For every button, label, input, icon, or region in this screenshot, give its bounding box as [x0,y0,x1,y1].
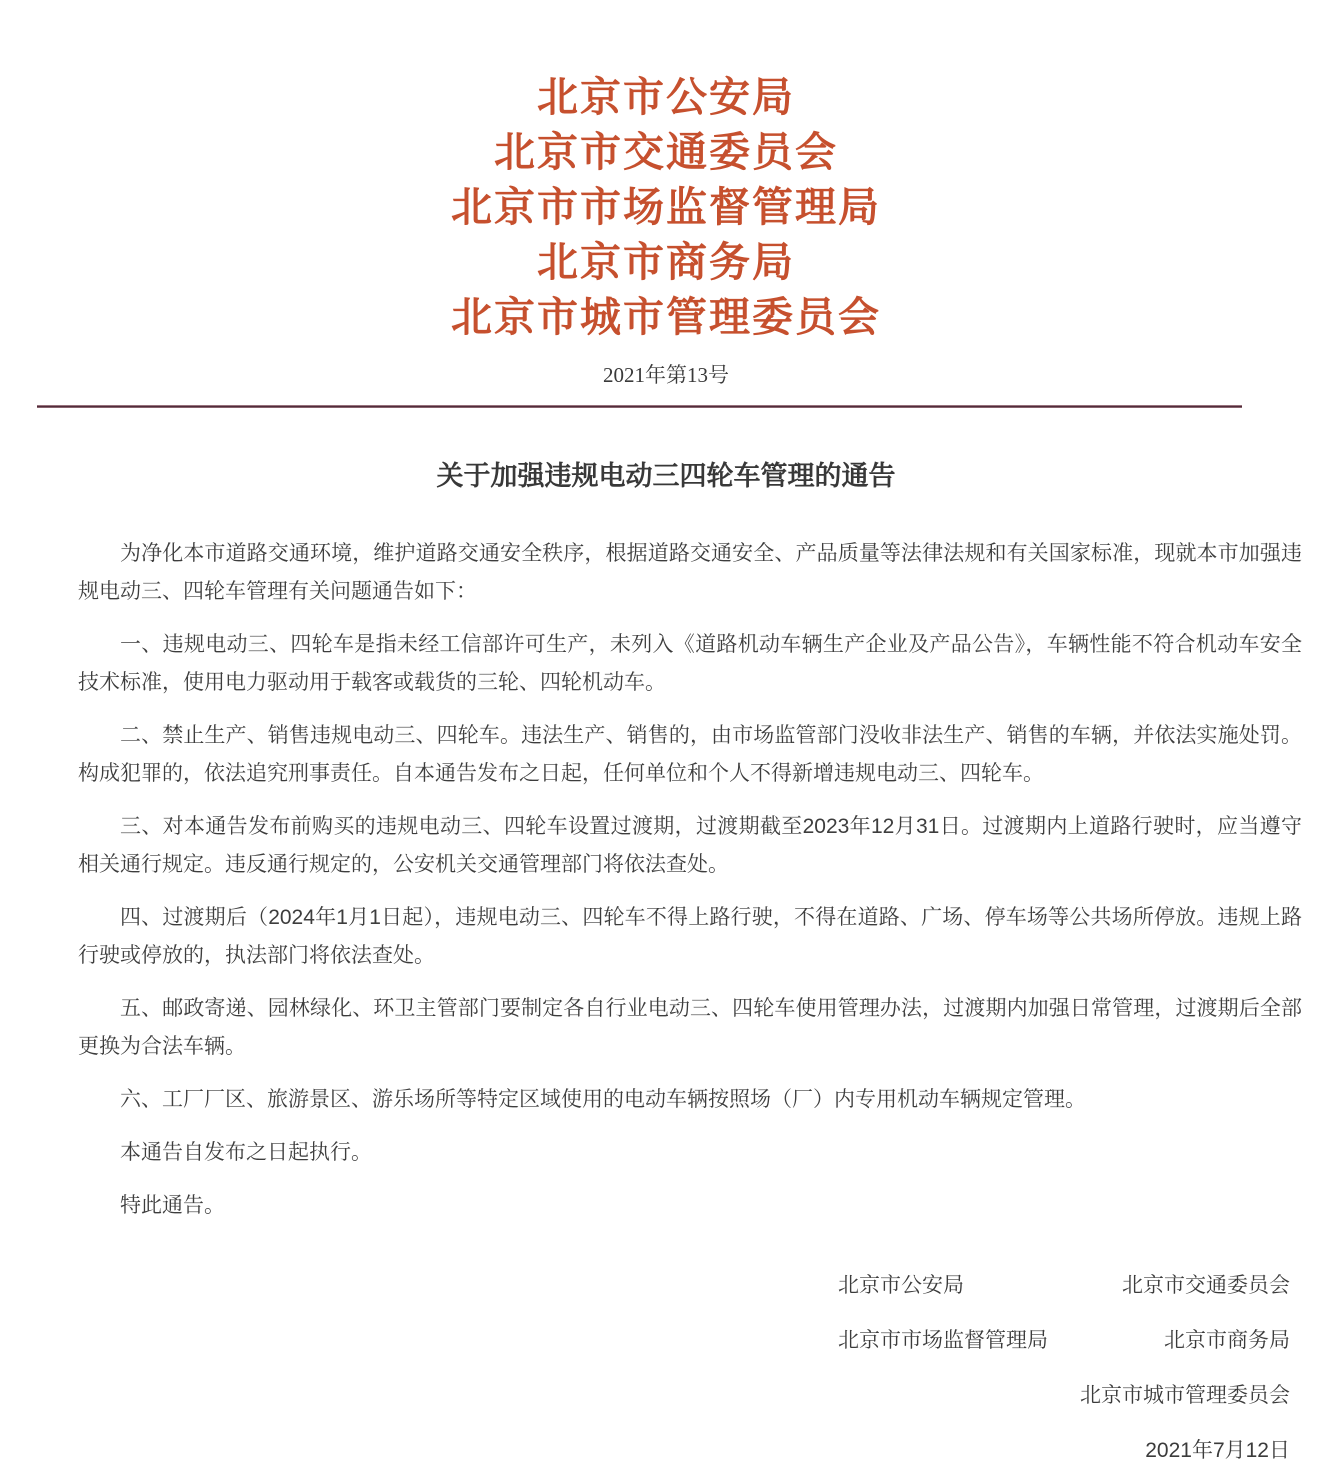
paragraph-closing: 特此通告。 [78,1187,1302,1225]
agency-name: 北京市城市管理委员会 [0,290,1332,345]
notice-body: 为净化本市道路交通环境，维护道路交通安全秩序，根据道路交通安全、产品质量等法律法… [0,535,1332,1225]
paragraph-item-4: 四、过渡期后（2024年1月1日起），违规电动三、四轮车不得上路行驶，不得在道路… [78,899,1302,975]
paragraph-item-6: 六、工厂厂区、旅游景区、游乐场所等特定区域使用的电动车辆按照场（厂）内专用机动车… [78,1081,1302,1119]
paragraph-item-3: 三、对本通告发布前购买的违规电动三、四轮车设置过渡期，过渡期截至2023年12月… [78,808,1302,884]
agency-header: 北京市公安局 北京市交通委员会 北京市市场监督管理局 北京市商务局 北京市城市管… [0,70,1332,345]
paragraph-item-5: 五、邮政寄递、园林绿化、环卫主管部门要制定各自行业电动三、四轮车使用管理办法，过… [78,990,1302,1066]
paragraph-effective: 本通告自发布之日起执行。 [78,1134,1302,1172]
notice-document: 北京市公安局 北京市交通委员会 北京市市场监督管理局 北京市商务局 北京市城市管… [0,0,1332,1476]
agency-name: 北京市市场监督管理局 [0,180,1332,235]
signature-row: 北京市市场监督管理局 北京市商务局 [838,1322,1290,1360]
signature-block: 北京市公安局 北京市交通委员会 北京市市场监督管理局 北京市商务局 北京市城市管… [838,1267,1290,1470]
signer-agency: 北京市市场监督管理局 [838,1322,1048,1360]
signer-agency: 北京市城市管理委员会 [1080,1377,1290,1415]
agency-name: 北京市公安局 [0,70,1332,125]
agency-name: 北京市商务局 [0,235,1332,290]
signature-row: 北京市公安局 北京市交通委员会 [838,1267,1290,1305]
notice-title: 关于加强违规电动三四轮车管理的通告 [0,454,1332,493]
signature-row: 北京市城市管理委员会 [838,1377,1290,1415]
agency-name: 北京市交通委员会 [0,125,1332,180]
signature-row: 2021年7月12日 [838,1432,1290,1470]
paragraph-intro: 为净化本市道路交通环境，维护道路交通安全秩序，根据道路交通安全、产品质量等法律法… [78,535,1302,611]
paragraph-item-1: 一、违规电动三、四轮车是指未经工信部许可生产，未列入《道路机动车辆生产企业及产品… [78,626,1302,702]
signer-agency: 北京市公安局 [838,1267,964,1305]
document-number: 2021年第13号 [0,359,1332,389]
paragraph-item-2: 二、禁止生产、销售违规电动三、四轮车。违法生产、销售的，由市场监管部门没收非法生… [78,717,1302,793]
signer-agency: 北京市商务局 [1164,1322,1290,1360]
signature-date: 2021年7月12日 [1145,1432,1290,1470]
header-divider-line [37,405,1242,408]
signer-agency: 北京市交通委员会 [1122,1267,1290,1305]
